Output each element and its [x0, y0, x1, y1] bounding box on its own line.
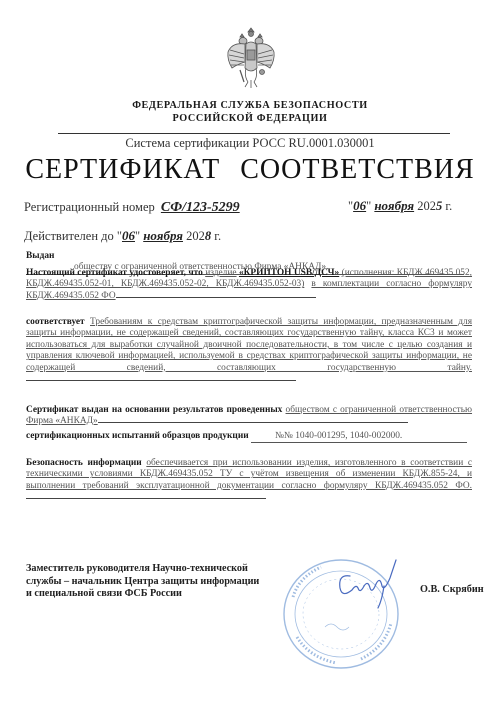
certifies-paragraph: Настоящий сертификат удостоверяет, что и…: [26, 268, 472, 302]
fill-line: [116, 297, 316, 298]
validity-row: Действителен до "06" ноября 2028 г.: [24, 228, 221, 244]
signatory-position: Заместитель руководителя Научно-техничес…: [26, 563, 286, 601]
issue-year-digit: 5: [436, 199, 442, 213]
state-emblem-icon: [224, 24, 278, 90]
validity-label: Действителен до: [24, 229, 114, 243]
issue-month: ноября: [374, 198, 414, 213]
tests-row: сертификационных испытаний образцов прод…: [26, 431, 472, 443]
document-title: СЕРТИФИКАТ СООТВЕТСТВИЯ: [0, 154, 500, 186]
product-prefix: изделие: [205, 268, 236, 278]
issue-year-suffix: г.: [445, 199, 452, 213]
fill-line: [26, 380, 296, 381]
signatory-position-line3: и специальной связи ФСБ России: [26, 588, 286, 601]
title-word-conformity: СООТВЕТСТВИЯ: [240, 154, 474, 185]
security-paragraph: Безопасность информации обеспечивается п…: [26, 458, 472, 504]
tests-value: №№ 1040-001295, 1040-002000.: [251, 431, 467, 443]
tests-label: сертификационных испытаний образцов прод…: [26, 431, 249, 441]
issue-date: "06" ноября 2025 г.: [348, 198, 452, 214]
issue-year-prefix: 202: [417, 199, 436, 213]
basis-paragraph: Сертификат выдан на основании результато…: [26, 405, 472, 428]
conformity-paragraph: соответствует Требованиям к средствам кр…: [26, 317, 472, 385]
basis-label: Сертификат выдан на основании результато…: [26, 405, 282, 415]
org-name-line1: ФЕДЕРАЛЬНАЯ СЛУЖБА БЕЗОПАСНОСТИ: [0, 100, 500, 111]
signatory-position-line1: Заместитель руководителя Научно-техничес…: [26, 563, 286, 576]
org-name-line2: РОССИЙСКОЙ ФЕДЕРАЦИИ: [0, 113, 500, 124]
validity-month: ноября: [143, 228, 183, 243]
fill-line: [98, 422, 408, 423]
certifies-label: Настоящий сертификат удостоверяет, что: [26, 268, 203, 278]
signatory-position-line2: службы – начальник Центра защиты информа…: [26, 576, 286, 589]
security-label: Безопасность информации: [26, 458, 142, 468]
issue-day: 06: [353, 198, 366, 213]
registration-number: СФ/123-5299: [161, 200, 240, 215]
validity-suffix: г.: [214, 229, 221, 243]
conformity-text: Требованиям к средствам криптографическо…: [26, 317, 472, 373]
certification-system: Система сертификации РОСС RU.0001.030001: [0, 136, 500, 151]
fill-line: [26, 498, 266, 499]
validity-day: 06: [122, 228, 135, 243]
title-word-certificate: СЕРТИФИКАТ: [25, 154, 220, 185]
product-name: «КРИПТОН USB/ДСЧ»: [239, 268, 339, 278]
header-divider: [58, 133, 450, 134]
signature-icon: [330, 556, 400, 611]
validity-year-prefix: 202: [186, 229, 205, 243]
conformity-label: соответствует: [26, 317, 85, 327]
signatory-name: О.В. Скрябин: [420, 584, 484, 595]
validity-year-digit: 8: [205, 229, 211, 243]
registration-label: Регистрационный номер: [24, 200, 155, 214]
registration-number-row: Регистрационный номер СФ/123-5299: [24, 200, 240, 216]
issued-to-label: Выдан: [26, 251, 54, 261]
